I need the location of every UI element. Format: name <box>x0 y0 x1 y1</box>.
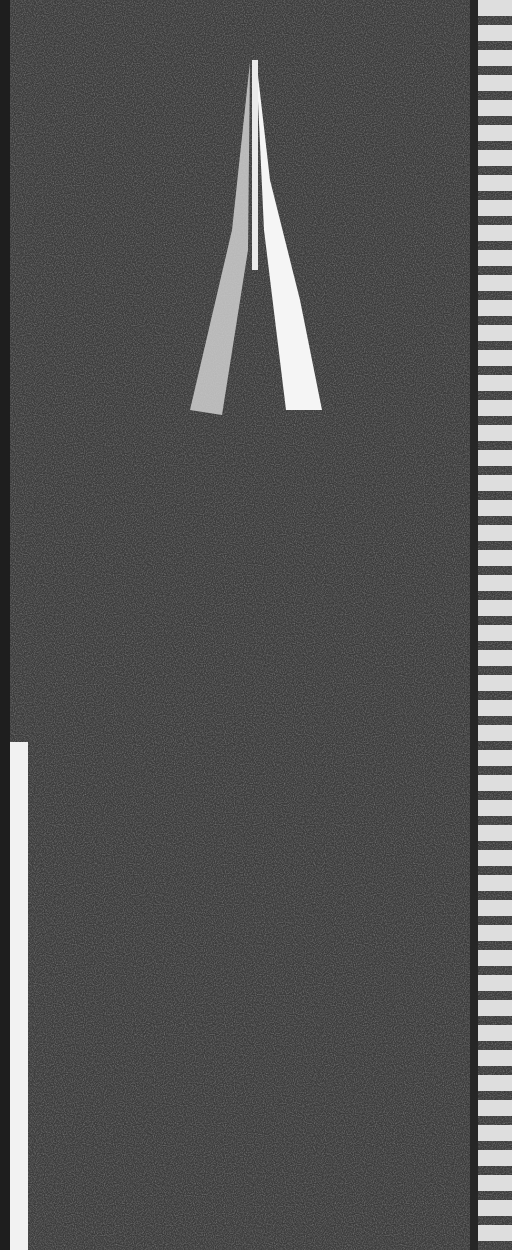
stripe-block <box>478 250 512 266</box>
stripe-block <box>478 275 512 291</box>
stripe-block <box>478 950 512 966</box>
stripe-block <box>478 350 512 366</box>
stripe-block <box>478 150 512 166</box>
stripe-block <box>478 1050 512 1066</box>
stripe-block <box>478 525 512 541</box>
stripe-block <box>478 900 512 916</box>
stripe-block <box>478 75 512 91</box>
stripe-block <box>478 775 512 791</box>
stripe-block <box>478 375 512 391</box>
stripe-block <box>478 200 512 216</box>
stripe-block <box>478 450 512 466</box>
road-scene <box>0 0 512 1250</box>
stripe-block <box>478 550 512 566</box>
stripe-block <box>478 675 512 691</box>
stripe-block <box>478 1025 512 1041</box>
stripe-block <box>478 600 512 616</box>
stripe-block <box>478 225 512 241</box>
stripe-block <box>478 300 512 316</box>
stripe-block <box>478 0 512 16</box>
arrow-left-prong-faded <box>190 62 250 415</box>
stripe-block <box>478 750 512 766</box>
stripe-block <box>478 1125 512 1141</box>
arrow-right-prong <box>256 58 322 410</box>
stripe-block <box>478 425 512 441</box>
stripe-block <box>478 1075 512 1091</box>
stripe-block <box>478 175 512 191</box>
stripe-block <box>478 875 512 891</box>
stripe-block <box>478 1000 512 1016</box>
stripe-block <box>478 400 512 416</box>
stripe-block <box>478 575 512 591</box>
stripe-block <box>478 625 512 641</box>
stripe-block <box>478 1175 512 1191</box>
stripe-block <box>478 1150 512 1166</box>
stripe-block <box>478 325 512 341</box>
stripe-block <box>478 100 512 116</box>
stripe-block <box>478 125 512 141</box>
stripe-block <box>478 25 512 41</box>
solid-edge-line <box>10 742 28 1250</box>
stripe-block <box>478 700 512 716</box>
stripe-block <box>478 475 512 491</box>
stripe-block <box>478 1100 512 1116</box>
stripe-block <box>478 500 512 516</box>
stripe-block <box>478 925 512 941</box>
gore-arrow-marking <box>0 0 512 1250</box>
stripe-block <box>478 825 512 841</box>
stripe-block <box>478 1200 512 1216</box>
stripe-block <box>478 725 512 741</box>
dashed-stripe-blocks <box>478 0 512 1250</box>
stripe-block <box>478 850 512 866</box>
stripe-block <box>478 975 512 991</box>
stripe-block <box>478 650 512 666</box>
stripe-block <box>478 50 512 66</box>
stripe-block <box>478 800 512 816</box>
stripe-block <box>478 1225 512 1241</box>
arrow-stem <box>252 60 258 270</box>
